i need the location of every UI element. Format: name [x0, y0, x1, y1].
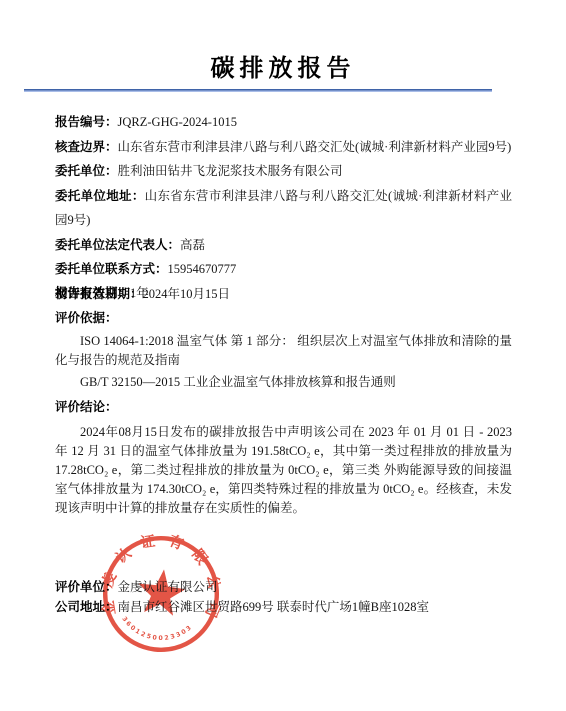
carbon-emission-report-page: 碳排放报告 报告编号：JQRZ-GHG-2024-1015 核查边界：山东省东营…: [0, 0, 566, 711]
field-label: 委托单位法定代表人：: [55, 237, 180, 252]
field-row-evaluation-unit: 评价单位：金虔认证有限公司: [55, 577, 536, 597]
evaluation-section: 报告有效期：1年 评价依据： ISO 14064-1:2018 温室气体 第 1…: [55, 281, 512, 518]
field-value: JQRZ-GHG-2024-1015: [118, 115, 237, 129]
field-label: 委托单位联系方式：: [55, 261, 168, 276]
field-value: 金虔认证有限公司: [118, 580, 218, 594]
field-label: 评价结论：: [55, 399, 118, 414]
report-meta-fields: 报告编号：JQRZ-GHG-2024-1015 核查边界：山东省东营市利津县津八…: [55, 110, 512, 306]
field-value: 15954670777: [168, 262, 237, 276]
field-label: 委托单位：: [55, 163, 118, 178]
issuer-block: 评价单位：金虔认证有限公司 公司地址：南昌市红谷滩区世贸路699号 联泰时代广场…: [55, 577, 536, 617]
field-value: 山东省东营市利津县津八路与利八路交汇处(诚城·利津新材料产业园9号): [118, 140, 512, 154]
page-title: 碳排放报告: [0, 48, 566, 83]
field-label: 报告有效期：: [55, 285, 130, 300]
field-value: 胜利油田钻井飞龙泥浆技术服务有限公司: [118, 164, 343, 178]
field-row-company-address: 公司地址：南昌市红谷滩区世贸路699号 联泰时代广场1幢B座1028室: [55, 597, 536, 617]
basis-heading: 评价依据：: [55, 306, 512, 330]
field-row-legal-representative: 委托单位法定代表人：高磊: [55, 233, 512, 258]
field-value: 高磊: [180, 238, 205, 252]
field-row-verification-boundary: 核查边界：山东省东营市利津县津八路与利八路交汇处(诚城·利津新材料产业园9号): [55, 135, 512, 160]
field-row-contact-phone: 委托单位联系方式：15954670777: [55, 257, 512, 282]
basis-item-gbt: GB/T 32150—2015 工业企业温室气体排放核算和报告通则: [55, 373, 512, 392]
field-value: 南昌市红谷滩区世贸路699号 联泰时代广场1幢B座1028室: [118, 600, 429, 614]
conclusion-paragraph: 2024年08月15日发布的碳排放报告中声明该公司在 2023 年 01 月 0…: [55, 423, 512, 518]
field-row-report-validity: 报告有效期：1年: [55, 281, 512, 306]
field-label: 报告编号：: [55, 114, 118, 129]
field-row-client-address: 委托单位地址：山东省东营市利津县津八路与利八路交汇处(诚城·利津新材料产业园9号…: [55, 184, 512, 233]
field-row-client: 委托单位：胜利油田钻井飞龙泥浆技术服务有限公司: [55, 159, 512, 184]
field-label: 核查边界：: [55, 139, 118, 154]
field-label: 公司地址：: [55, 599, 118, 614]
field-label: 评价依据：: [55, 310, 118, 325]
conclusion-heading: 评价结论：: [55, 395, 512, 419]
field-row-report-number: 报告编号：JQRZ-GHG-2024-1015: [55, 110, 512, 135]
basis-item-iso: ISO 14064-1:2018 温室气体 第 1 部分： 组织层次上对温室气体…: [55, 332, 512, 370]
title-divider: [24, 89, 492, 92]
field-value: 1年: [130, 286, 149, 300]
field-label: 评价单位：: [55, 579, 118, 594]
field-label: 委托单位地址：: [55, 188, 145, 203]
